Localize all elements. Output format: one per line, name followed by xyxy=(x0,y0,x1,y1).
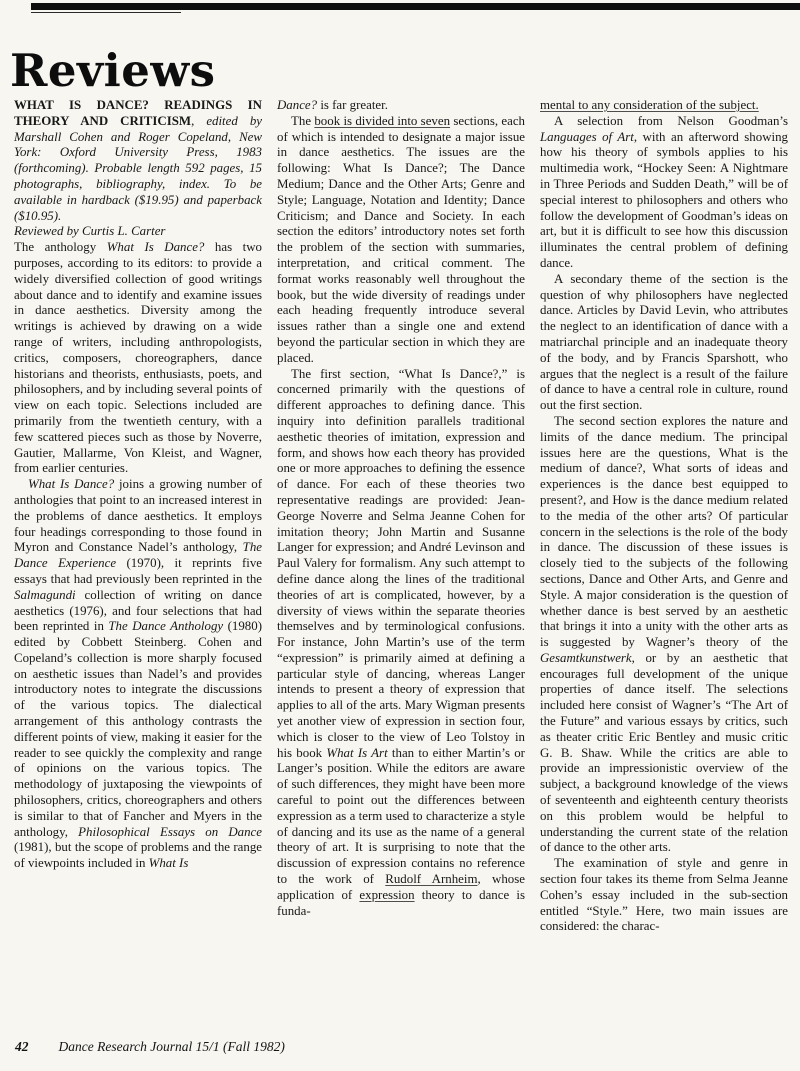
journal-citation: Dance Research Journal 15/1 (Fall 1982) xyxy=(59,1039,285,1054)
text-segment: What Is Dance? xyxy=(28,477,114,491)
paragraph: A selection from Nelson Goodman’s Langua… xyxy=(540,114,788,272)
text-segment: sections, each of which is intended to d… xyxy=(277,114,525,365)
text-segment: What Is Dance? xyxy=(107,240,205,254)
text-segment: The anthology xyxy=(14,240,107,254)
reviewer-byline: Reviewed by Curtis L. Carter xyxy=(14,224,262,240)
text-segment: book is divided into seven xyxy=(314,114,450,128)
text-segment: Dance? xyxy=(277,98,317,112)
page-title: Reviews xyxy=(10,46,215,96)
paragraph: A secondary theme of the section is the … xyxy=(540,272,788,414)
text-segment: The Dance Anthology xyxy=(108,619,223,633)
paragraph: The examination of style and genre in se… xyxy=(540,856,788,935)
page-footer: 42Dance Research Journal 15/1 (Fall 1982… xyxy=(15,1039,285,1055)
text-segment: expression xyxy=(359,888,414,902)
text-segment: edited by Marshall Cohen and Roger Copel… xyxy=(14,114,262,223)
text-segment: (1981), but the scope of problems and th… xyxy=(14,840,262,870)
text-segment: What Is Art xyxy=(326,746,387,760)
paragraph: The book is divided into seven sections,… xyxy=(277,114,525,367)
text-segment: What Is xyxy=(149,856,189,870)
text-segment: has two purposes, according to its edito… xyxy=(14,240,262,475)
text-segment: The first section, “What Is Dance?,” is … xyxy=(277,367,525,760)
text-segment: Languages of Art xyxy=(540,130,634,144)
text-segment: Philosophical Essays on Dance xyxy=(78,825,262,839)
paragraph: The anthology What Is Dance? has two pur… xyxy=(14,240,262,477)
paragraph: What Is Dance? joins a growing number of… xyxy=(14,477,262,872)
text-column-3: mental to any consideration of the subje… xyxy=(540,98,788,935)
text-segment: (1980) edited by Cobbett Steinberg. Cohe… xyxy=(14,619,262,838)
masthead-rule xyxy=(31,3,800,10)
text-segment: The second section explores the nature a… xyxy=(540,414,788,649)
text-segment: Reviewed by Curtis L. Carter xyxy=(14,224,165,238)
columns: WHAT IS DANCE? READINGS IN THEORY AND CR… xyxy=(14,98,788,935)
text-segment: The examination of style and genre in se… xyxy=(540,856,788,933)
text-segment: A selection from Nelson Goodman’s xyxy=(554,114,788,128)
text-segment: Gesamtkunstwerk xyxy=(540,651,632,665)
paragraph: The second section explores the nature a… xyxy=(540,414,788,856)
text-segment: The xyxy=(291,114,314,128)
masthead-rule-thin xyxy=(31,12,181,13)
page-number: 42 xyxy=(15,1039,29,1054)
paragraph: Dance? is far greater. xyxy=(277,98,525,114)
book-citation: WHAT IS DANCE? READINGS IN THEORY AND CR… xyxy=(14,98,262,224)
paragraph: The first section, “What Is Dance?,” is … xyxy=(277,367,525,920)
text-segment: , xyxy=(191,114,206,128)
text-segment: than to either Martin’s or Langer’s posi… xyxy=(277,746,525,886)
text-segment: Rudolf Arnheim xyxy=(385,872,477,886)
paragraph: mental to any consideration of the subje… xyxy=(540,98,788,114)
text-segment: A secondary theme of the section is the … xyxy=(540,272,788,412)
text-segment: mental to any consideration of the subje… xyxy=(540,98,759,112)
text-segment: Salmagundi xyxy=(14,588,76,602)
text-segment: , or by an aesthetic that encourages ful… xyxy=(540,651,788,855)
text-segment: is far greater. xyxy=(317,98,388,112)
text-segment: , with an afterword showing how his theo… xyxy=(540,130,788,270)
text-column-1: WHAT IS DANCE? READINGS IN THEORY AND CR… xyxy=(14,98,262,935)
text-column-2: Dance? is far greater.The book is divide… xyxy=(277,98,525,935)
